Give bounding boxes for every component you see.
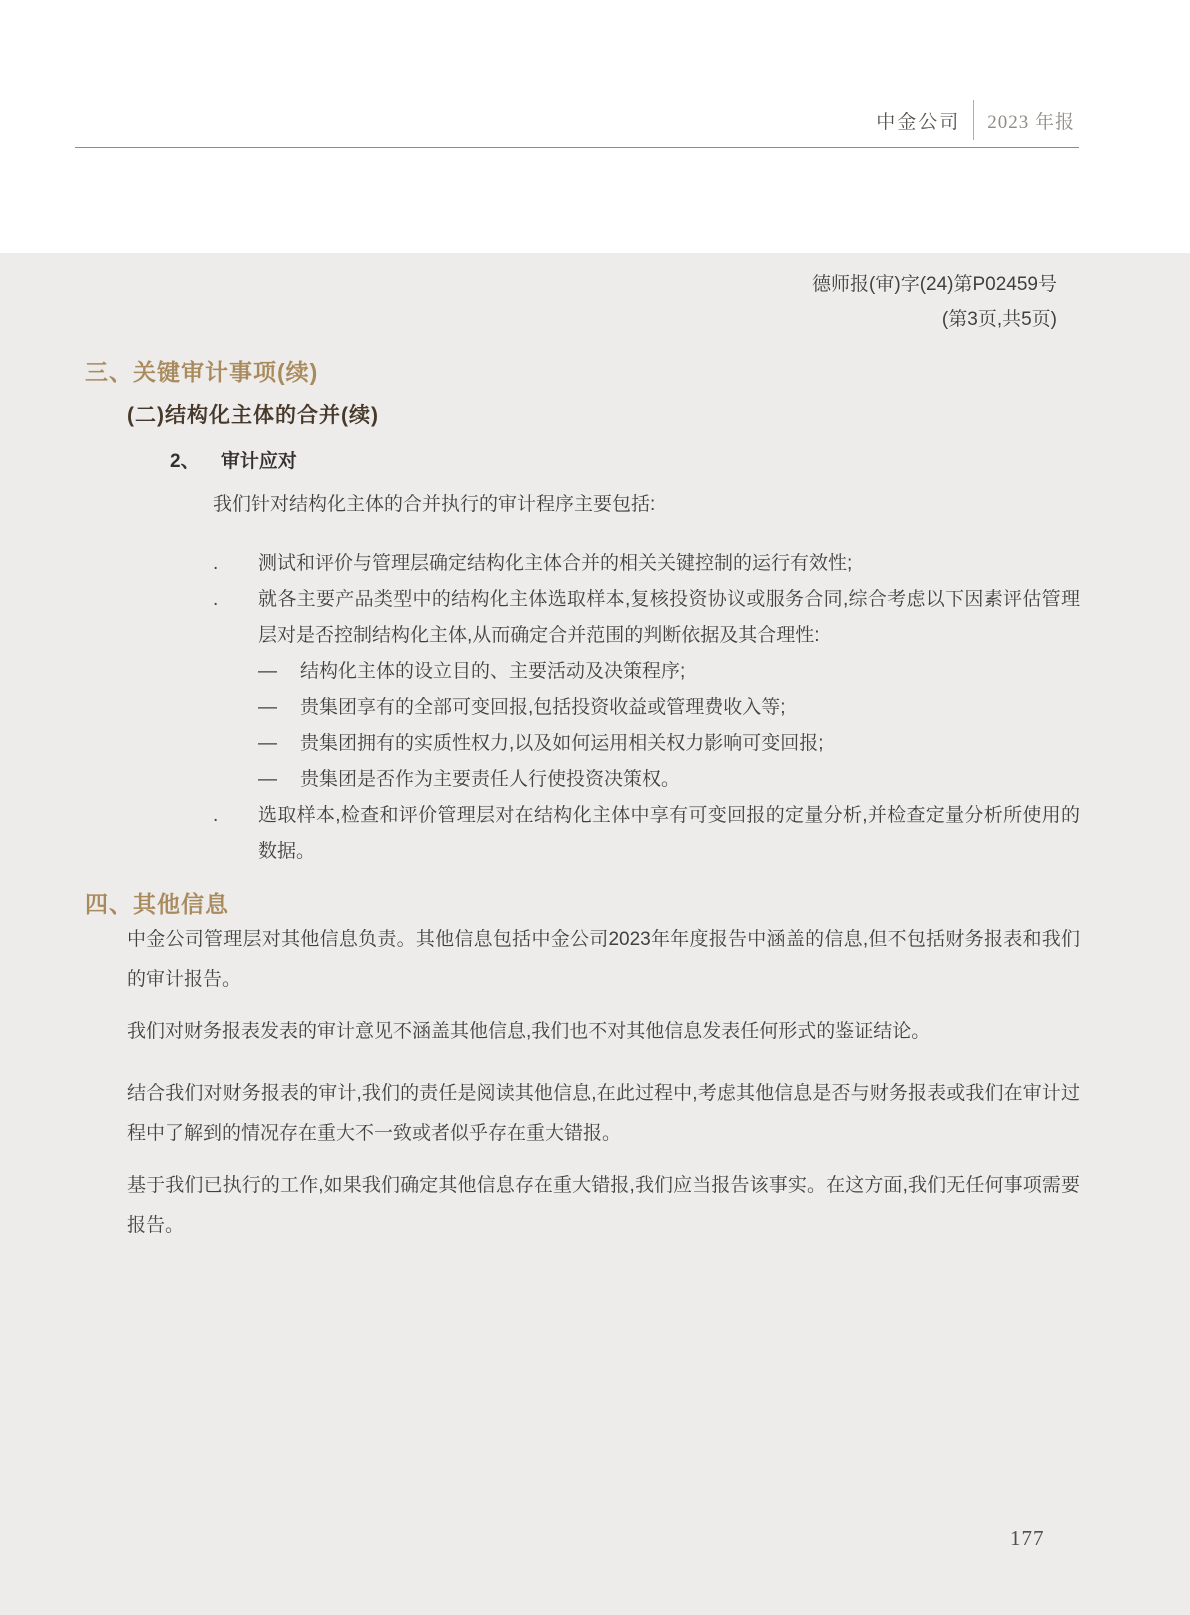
dash-marker: —	[258, 690, 300, 726]
section-4-paragraph: 基于我们已执行的工作,如果我们确定其他信息存在重大错报,我们应当报告该事实。在这…	[127, 1166, 1080, 1246]
section-3-title: 三、关键审计事项(续)	[85, 354, 318, 387]
sub-list-item: — 贵集团拥有的实质性权力,以及如何运用相关权力影响可变回报;	[258, 726, 1080, 762]
list-item: . 就各主要产品类型中的结构化主体选取样本,复核投资协议或服务合同,综合考虑以下…	[213, 582, 1080, 654]
dash-marker: —	[258, 762, 300, 798]
audit-procedures-list: . 测试和评价与管理层确定结构化主体合并的相关关键控制的运行有效性; . 就各主…	[213, 546, 1080, 870]
bullet-marker: .	[213, 546, 258, 582]
header-divider	[973, 100, 974, 140]
sub-list-item: — 贵集团是否作为主要责任人行使投资决策权。	[258, 762, 1080, 798]
page-number: 177	[1010, 1526, 1045, 1551]
company-name: 中金公司	[876, 107, 960, 134]
sub-list-item: — 结构化主体的设立目的、主要活动及决策程序;	[258, 654, 1080, 690]
sub-list-item-text: 贵集团拥有的实质性权力,以及如何运用相关权力影响可变回报;	[300, 726, 1080, 762]
section-3-item-heading: 2、 审计应对	[170, 446, 297, 473]
dash-marker: —	[258, 654, 300, 690]
list-item-text: 测试和评价与管理层确定结构化主体合并的相关关键控制的运行有效性;	[258, 546, 1080, 582]
report-page: 中金公司 2023 年报 德师报(审)字(24)第P02459号 (第3页,共5…	[0, 0, 1190, 1615]
page-header: 中金公司 2023 年报	[876, 100, 1075, 140]
section-3-subtitle: (二)结构化主体的合并(续)	[127, 399, 379, 429]
bullet-marker: .	[213, 798, 258, 870]
list-item: . 测试和评价与管理层确定结构化主体合并的相关关键控制的运行有效性;	[213, 546, 1080, 582]
section-4-paragraph: 我们对财务报表发表的审计意见不涵盖其他信息,我们也不对其他信息发表任何形式的鉴证…	[127, 1012, 1080, 1052]
list-item: . 选取样本,检查和评价管理层对在结构化主体中享有可变回报的定量分析,并检查定量…	[213, 798, 1080, 870]
header-rule	[75, 147, 1079, 148]
sub-list-item-text: 贵集团是否作为主要责任人行使投资决策权。	[300, 762, 1080, 798]
sub-list-item-text: 贵集团享有的全部可变回报,包括投资收益或管理费收入等;	[300, 690, 1080, 726]
sub-list-item-text: 结构化主体的设立目的、主要活动及决策程序;	[300, 654, 1080, 690]
audit-procedures-intro: 我们针对结构化主体的合并执行的审计程序主要包括:	[213, 489, 655, 516]
reference-number: 德师报(审)字(24)第P02459号	[812, 267, 1057, 302]
audit-reference: 德师报(审)字(24)第P02459号 (第3页,共5页)	[812, 267, 1057, 337]
section-4-paragraph: 结合我们对财务报表的审计,我们的责任是阅读其他信息,在此过程中,考虑其他信息是否…	[127, 1074, 1080, 1154]
section-4-title: 四、其他信息	[85, 886, 229, 919]
dash-marker: —	[258, 726, 300, 762]
list-item-text: 选取样本,检查和评价管理层对在结构化主体中享有可变回报的定量分析,并检查定量分析…	[258, 798, 1080, 870]
section-4-paragraph: 中金公司管理层对其他信息负责。其他信息包括中金公司2023年年度报告中涵盖的信息…	[127, 920, 1080, 1000]
sub-list-item: — 贵集团享有的全部可变回报,包括投资收益或管理费收入等;	[258, 690, 1080, 726]
reference-page-info: (第3页,共5页)	[812, 302, 1057, 337]
report-edition: 2023 年报	[987, 107, 1075, 134]
item-title: 审计应对	[221, 451, 297, 472]
item-number: 2、	[170, 451, 200, 472]
bullet-marker: .	[213, 582, 258, 654]
list-item-text: 就各主要产品类型中的结构化主体选取样本,复核投资协议或服务合同,综合考虑以下因素…	[258, 582, 1080, 654]
